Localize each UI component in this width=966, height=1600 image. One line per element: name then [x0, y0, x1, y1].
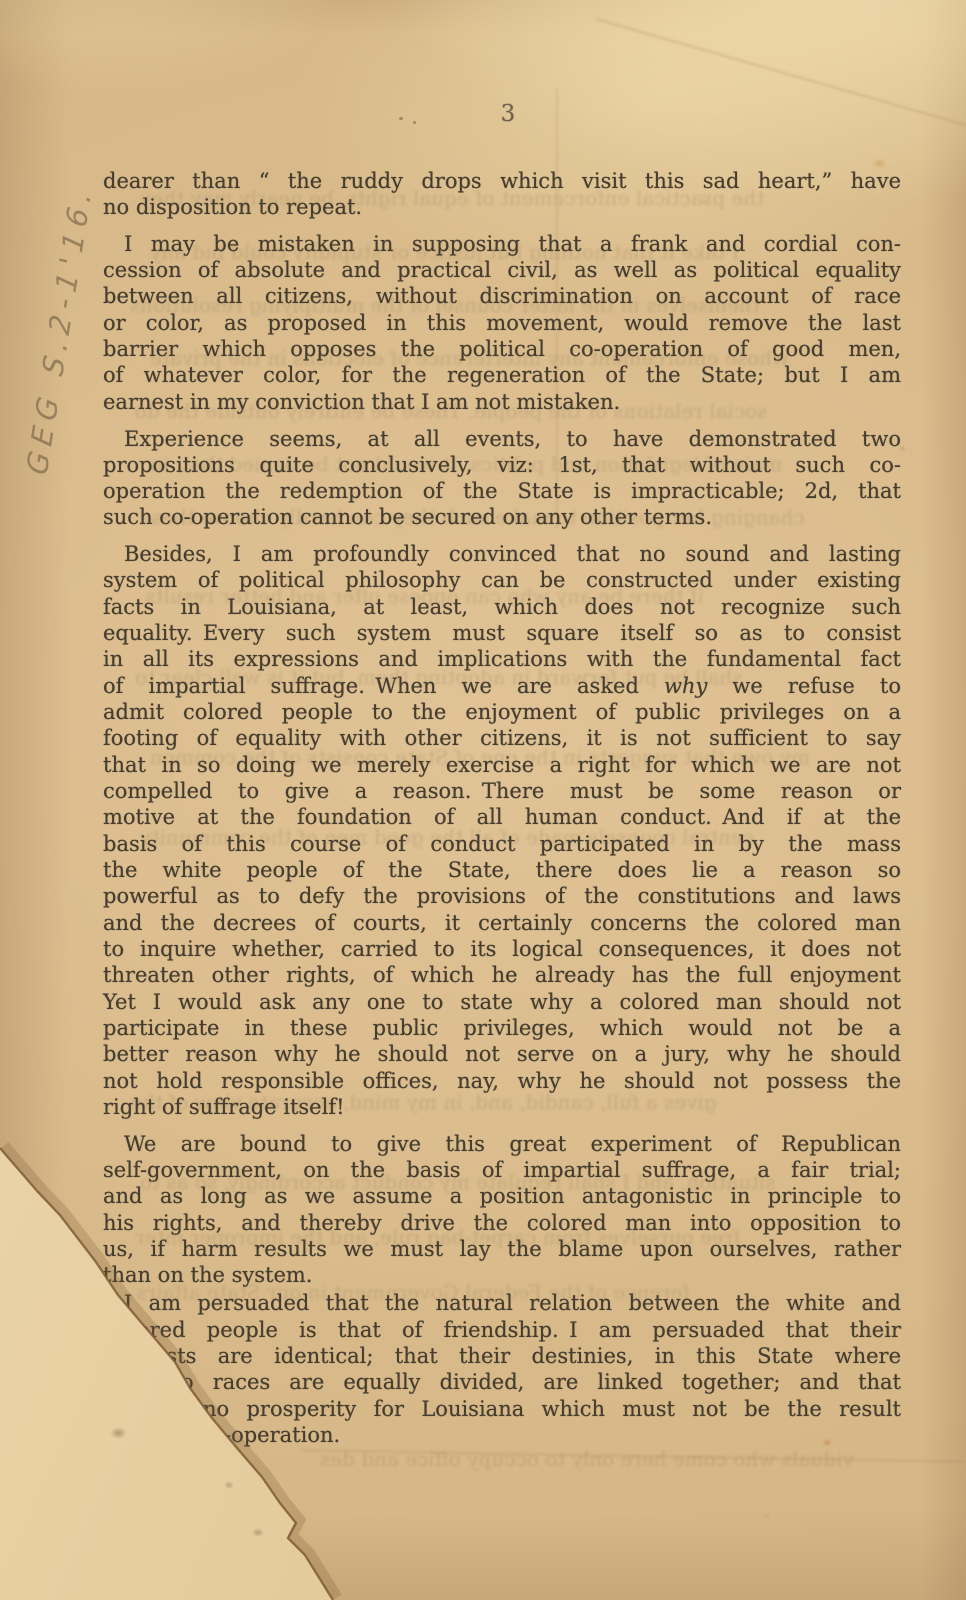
tear-edge — [0, 0, 966, 1600]
scanned-page: the practical enforcement of equal right… — [0, 0, 966, 1600]
